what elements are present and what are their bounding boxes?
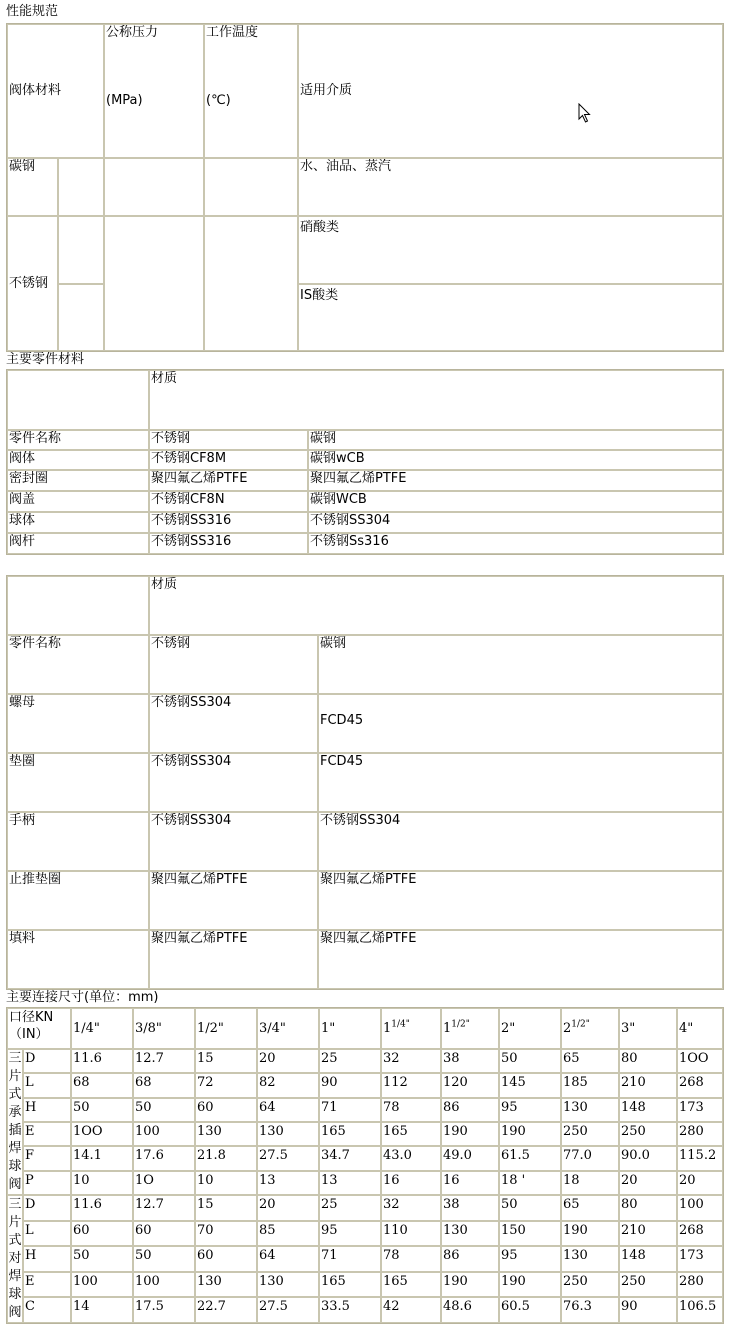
- cell-value: 38: [441, 1049, 499, 1073]
- header-temperature-unit: (℃): [206, 93, 297, 109]
- header-temperature-label: 工作温度: [206, 25, 297, 41]
- header-part-name: 零件名称: [7, 635, 149, 694]
- cell-value: 112: [381, 1073, 441, 1097]
- row-key: P: [23, 1171, 71, 1195]
- cell-value: 165: [381, 1272, 441, 1298]
- group-label-butt-weld: 三片式对焊球阀: [7, 1195, 23, 1323]
- cell-value: 50: [499, 1195, 561, 1221]
- cell-value: 11.6: [71, 1195, 133, 1221]
- cell-part-name: 垫圈: [7, 753, 149, 812]
- dimensions-header-row: 口径KN （IN） 1/4" 3/8" 1/2" 3/4" 1" 11/4" 1…: [7, 1008, 723, 1049]
- cell-carbon: 聚四氟乙烯PTFE: [318, 930, 723, 989]
- table-row: H 50 50 60 64 71 78 86 95 130 148 173: [7, 1246, 723, 1272]
- cell-value: 280: [677, 1272, 723, 1298]
- size-header: 3": [619, 1008, 677, 1049]
- cell-empty: [7, 370, 149, 430]
- cell-value: 61.5: [499, 1146, 561, 1170]
- table-row: 球体 不锈钢SS316 不锈钢SS304: [7, 512, 723, 533]
- cell-value: 190: [499, 1122, 561, 1146]
- parts-header-row: 材质: [7, 576, 723, 635]
- cell-part-name: 填料: [7, 930, 149, 989]
- cell-value: 210: [619, 1221, 677, 1247]
- cell-value: 64: [257, 1098, 319, 1122]
- header-pressure-label: 公称压力: [106, 25, 203, 41]
- cell-value: 80: [619, 1195, 677, 1221]
- table-row: 阀盖 不锈钢CF8N 碳钢WCB: [7, 491, 723, 512]
- cell-value: 25: [319, 1049, 381, 1073]
- cell-part-name: 螺母: [7, 694, 149, 753]
- parts-table-2: 材质 零件名称 不锈钢 碳钢 螺母 不锈钢SS304 FCD45 垫圈 不锈钢S…: [6, 575, 724, 990]
- cell-value: 12.7: [133, 1195, 195, 1221]
- cell-value: 250: [561, 1272, 619, 1298]
- cell-value: 14: [71, 1297, 133, 1323]
- table-row: 螺母 不锈钢SS304 FCD45: [7, 694, 723, 753]
- size-header: 1/4": [71, 1008, 133, 1049]
- cell-value: 90: [619, 1297, 677, 1323]
- table-row: F 14.1 17.6 21.8 27.5 34.7 43.0 49.0 61.…: [7, 1146, 723, 1170]
- cell-carbon: 聚四氟乙烯PTFE: [308, 470, 723, 491]
- cell-value: 65: [561, 1195, 619, 1221]
- cell-part-name: 密封圈: [7, 470, 149, 491]
- cell-value: 10: [71, 1171, 133, 1195]
- cell-value: 82: [257, 1073, 319, 1097]
- parts-table-1: 材质 零件名称 不锈钢 碳钢 阀体 不锈钢CF8M 碳钢wCB 密封圈 聚四氟乙…: [6, 369, 724, 555]
- size-header: 2": [499, 1008, 561, 1049]
- size-fraction: 1/2": [451, 1019, 470, 1029]
- cell-value: 130: [441, 1221, 499, 1247]
- dimensions-section-title: 主要连接尺寸(单位：mm): [6, 990, 158, 1005]
- table-row: P 10 1O 10 13 13 16 16 18 ' 18 20 20: [7, 1171, 723, 1195]
- cell-pressure: [104, 158, 204, 216]
- cell-value: 1OO: [677, 1049, 723, 1073]
- cell-media: IS酸类: [298, 284, 723, 351]
- cell-value: 33.5: [319, 1297, 381, 1323]
- table-row: 阀杆 不锈钢SS316 不锈钢Ss316: [7, 533, 723, 554]
- header-nominal-size-label: 口径KN: [9, 1009, 70, 1026]
- size-fraction: 1/2": [571, 1019, 590, 1029]
- cell-material: 不锈钢: [7, 216, 58, 351]
- cell-value: 130: [257, 1122, 319, 1146]
- cell-value: 16: [381, 1171, 441, 1195]
- cell-stainless: 不锈钢SS304: [149, 812, 318, 871]
- cell-value: 50: [71, 1246, 133, 1272]
- cell-value: 190: [561, 1221, 619, 1247]
- performance-section-title: 性能规范: [6, 4, 58, 19]
- cell-value: 10: [195, 1171, 257, 1195]
- cell-value: 20: [677, 1171, 723, 1195]
- cell-stainless: 不锈钢SS316: [149, 533, 308, 554]
- header-media: 适用介质: [298, 24, 723, 158]
- cell-value: 190: [441, 1122, 499, 1146]
- header-material: 材质: [149, 576, 723, 635]
- cell-value: 185: [561, 1073, 619, 1097]
- cell-value: 78: [381, 1098, 441, 1122]
- cell-value: 120: [441, 1073, 499, 1097]
- row-key: D: [23, 1195, 71, 1221]
- cell-value: 115.2: [677, 1146, 723, 1170]
- size-header: 3/4": [257, 1008, 319, 1049]
- cell-value: 27.5: [257, 1146, 319, 1170]
- size-header: 1": [319, 1008, 381, 1049]
- cell-value: 250: [561, 1122, 619, 1146]
- cell-value: 85: [257, 1221, 319, 1247]
- cell-value: 25: [319, 1195, 381, 1221]
- cell-value: 17.5: [133, 1297, 195, 1323]
- row-key: D: [23, 1049, 71, 1073]
- cell-value: 100: [133, 1122, 195, 1146]
- cell-value: 18 ': [499, 1171, 561, 1195]
- cell-value: 190: [441, 1272, 499, 1298]
- cell-value: 173: [677, 1246, 723, 1272]
- cell-value: 22.7: [195, 1297, 257, 1323]
- size-header: 3/8": [133, 1008, 195, 1049]
- header-nominal-size-unit: （IN）: [9, 1026, 70, 1043]
- cell-value: 71: [319, 1098, 381, 1122]
- cell-value: 43.0: [381, 1146, 441, 1170]
- cell-value: 90: [319, 1073, 381, 1097]
- cell-value: 11.6: [71, 1049, 133, 1073]
- dimensions-table: 口径KN （IN） 1/4" 3/8" 1/2" 3/4" 1" 11/4" 1…: [6, 1007, 724, 1324]
- cell-value: 38: [441, 1195, 499, 1221]
- table-row: E 1OO 100 130 130 165 165 190 190 250 25…: [7, 1122, 723, 1146]
- cell-value: 1OO: [71, 1122, 133, 1146]
- table-row: C 14 17.5 22.7 27.5 33.5 42 48.6 60.5 76…: [7, 1297, 723, 1323]
- cell-value: 130: [195, 1272, 257, 1298]
- cell-value: 190: [499, 1272, 561, 1298]
- cell-stainless: 不锈钢SS304: [149, 694, 318, 753]
- row-key: H: [23, 1098, 71, 1122]
- cell-value: 32: [381, 1049, 441, 1073]
- cell-value: 70: [195, 1221, 257, 1247]
- size-header: 11/4": [381, 1008, 441, 1049]
- cell-value: 130: [195, 1122, 257, 1146]
- mouse-cursor-icon: [578, 103, 592, 125]
- cell-value: 76.3: [561, 1297, 619, 1323]
- table-row: 阀体 不锈钢CF8M 碳钢wCB: [7, 450, 723, 470]
- parts-section-title: 主要零件材料: [6, 352, 84, 367]
- cell-carbon: 碳钢WCB: [308, 491, 723, 512]
- cell-value: 16: [441, 1171, 499, 1195]
- cell-value: 21.8: [195, 1146, 257, 1170]
- cell-value: 50: [71, 1098, 133, 1122]
- row-key: C: [23, 1297, 71, 1323]
- cell-carbon: 不锈钢SS304: [308, 512, 723, 533]
- cell-value: 60: [195, 1098, 257, 1122]
- cell-value: 60: [71, 1221, 133, 1247]
- cell-value: 1O: [133, 1171, 195, 1195]
- cell-value: 20: [257, 1049, 319, 1073]
- cell-value: 32: [381, 1195, 441, 1221]
- cell-value: 64: [257, 1246, 319, 1272]
- cell-stainless: 不锈钢CF8N: [149, 491, 308, 512]
- header-stainless: 不锈钢: [149, 430, 308, 450]
- cell-value: 60: [195, 1246, 257, 1272]
- cell-value: 72: [195, 1073, 257, 1097]
- cell-carbon: 碳钢wCB: [308, 450, 723, 470]
- row-key: E: [23, 1122, 71, 1146]
- performance-row-carbon-steel: 碳钢 水、油品、蒸汽: [7, 158, 723, 216]
- group-label-socket-weld: 三片式承插焊球阀: [7, 1049, 23, 1195]
- header-stainless: 不锈钢: [149, 635, 318, 694]
- header-pressure-unit: (MPa): [106, 93, 203, 109]
- size-fraction: 1/4": [391, 1019, 410, 1029]
- cell-value: 100: [677, 1195, 723, 1221]
- cell-value: 86: [441, 1098, 499, 1122]
- cell-media: 水、油品、蒸汽: [298, 158, 723, 216]
- cell-value: 250: [619, 1122, 677, 1146]
- cell-temperature: [204, 216, 298, 351]
- cell-value: 148: [619, 1098, 677, 1122]
- performance-row-stainless-a: 不锈钢 硝酸类: [7, 216, 723, 284]
- cell-value: 13: [319, 1171, 381, 1195]
- cell-value: 268: [677, 1221, 723, 1247]
- performance-table: 阀体材料 公称压力 (MPa) 工作温度 (℃) 适用介质 碳钢 水、油品、蒸汽…: [6, 23, 724, 352]
- header-carbon: 碳钢: [308, 430, 723, 450]
- cell-value: 100: [133, 1272, 195, 1298]
- cell-value: 130: [561, 1246, 619, 1272]
- cell-value: 268: [677, 1073, 723, 1097]
- cell-value: 13: [257, 1171, 319, 1195]
- header-part-name: 零件名称: [7, 430, 149, 450]
- cell-value: 165: [381, 1122, 441, 1146]
- header-temperature: 工作温度 (℃): [204, 24, 298, 158]
- table-row: 三片式承插焊球阀 D 11.6 12.7 15 20 25 32 38 50 6…: [7, 1049, 723, 1073]
- table-row: 垫圈 不锈钢SS304 FCD45: [7, 753, 723, 812]
- parts-subheader-row: 零件名称 不锈钢 碳钢: [7, 635, 723, 694]
- parts-subheader-row: 零件名称 不锈钢 碳钢: [7, 430, 723, 450]
- table-row: 密封圈 聚四氟乙烯PTFE 聚四氟乙烯PTFE: [7, 470, 723, 491]
- cell-part-name: 球体: [7, 512, 149, 533]
- cell-value: 48.6: [441, 1297, 499, 1323]
- cell-value: 15: [195, 1195, 257, 1221]
- cell-value: 80: [619, 1049, 677, 1073]
- cell-value: 95: [319, 1221, 381, 1247]
- cell-value: 68: [133, 1073, 195, 1097]
- cell-value: 77.0: [561, 1146, 619, 1170]
- performance-header-row: 阀体材料 公称压力 (MPa) 工作温度 (℃) 适用介质: [7, 24, 723, 158]
- cell-pressure: [104, 216, 204, 351]
- size-header: 1/2": [195, 1008, 257, 1049]
- cell-value: 210: [619, 1073, 677, 1097]
- table-row: L 60 60 70 85 95 110 130 150 190 210 268: [7, 1221, 723, 1247]
- cell-part-name: 阀体: [7, 450, 149, 470]
- table-row: L 68 68 72 82 90 112 120 145 185 210 268: [7, 1073, 723, 1097]
- cell-value: 15: [195, 1049, 257, 1073]
- cell-part-name: 手柄: [7, 812, 149, 871]
- table-row: 手柄 不锈钢SS304 不锈钢SS304: [7, 812, 723, 871]
- cell-material: 碳钢: [7, 158, 58, 216]
- table-row: 三片式对焊球阀 D 11.6 12.7 15 20 25 32 38 50 65…: [7, 1195, 723, 1221]
- cell-value: 60: [133, 1221, 195, 1247]
- cell-part-name: 阀盖: [7, 491, 149, 512]
- row-key: L: [23, 1073, 71, 1097]
- cell-value: 65: [561, 1049, 619, 1073]
- cell-value: 68: [71, 1073, 133, 1097]
- cell-media: 硝酸类: [298, 216, 723, 284]
- cell-value: 34.7: [319, 1146, 381, 1170]
- cell-value: 95: [499, 1246, 561, 1272]
- cell-value: 18: [561, 1171, 619, 1195]
- cell-value: 280: [677, 1122, 723, 1146]
- size-header: 21/2": [561, 1008, 619, 1049]
- cell-value: 148: [619, 1246, 677, 1272]
- table-row: 填料 聚四氟乙烯PTFE 聚四氟乙烯PTFE: [7, 930, 723, 989]
- row-key: L: [23, 1221, 71, 1247]
- cell-stainless: 不锈钢CF8M: [149, 450, 308, 470]
- cell-value: 50: [133, 1246, 195, 1272]
- header-valve-material: 阀体材料: [7, 24, 104, 158]
- cell-carbon: FCD45: [318, 694, 723, 753]
- row-key: E: [23, 1272, 71, 1298]
- cell-value: 165: [319, 1272, 381, 1298]
- cell-value: 90.0: [619, 1146, 677, 1170]
- row-key: H: [23, 1246, 71, 1272]
- cell-value: 42: [381, 1297, 441, 1323]
- cell-value: 12.7: [133, 1049, 195, 1073]
- cell-value: 145: [499, 1073, 561, 1097]
- header-nominal-size: 口径KN （IN）: [7, 1008, 71, 1049]
- cell-stainless: 不锈钢SS316: [149, 512, 308, 533]
- cell-empty: [58, 158, 104, 216]
- cell-stainless: 聚四氟乙烯PTFE: [149, 871, 318, 930]
- table-row: H 50 50 60 64 71 78 86 95 130 148 173: [7, 1098, 723, 1122]
- table-row: 止推垫圈 聚四氟乙烯PTFE 聚四氟乙烯PTFE: [7, 871, 723, 930]
- header-carbon: 碳钢: [318, 635, 723, 694]
- cell-value: 20: [257, 1195, 319, 1221]
- cell-stainless: 聚四氟乙烯PTFE: [149, 470, 308, 491]
- cell-value: 100: [71, 1272, 133, 1298]
- size-header: 4": [677, 1008, 723, 1049]
- cell-carbon: FCD45: [318, 753, 723, 812]
- cell-value: 60.5: [499, 1297, 561, 1323]
- cell-value: 50: [133, 1098, 195, 1122]
- cell-value: 20: [619, 1171, 677, 1195]
- cell-part-name: 阀杆: [7, 533, 149, 554]
- cell-value: 130: [561, 1098, 619, 1122]
- cell-stainless: 聚四氟乙烯PTFE: [149, 930, 318, 989]
- cell-value: 50: [499, 1049, 561, 1073]
- cell-stainless: 不锈钢SS304: [149, 753, 318, 812]
- cell-temperature: [204, 158, 298, 216]
- cell-carbon: 不锈钢Ss316: [308, 533, 723, 554]
- cell-value: 86: [441, 1246, 499, 1272]
- cell-value: 27.5: [257, 1297, 319, 1323]
- cell-value: 49.0: [441, 1146, 499, 1170]
- cell-value: 110: [381, 1221, 441, 1247]
- cell-part-name: 止推垫圈: [7, 871, 149, 930]
- cell-value: 250: [619, 1272, 677, 1298]
- cell-value: 95: [499, 1098, 561, 1122]
- cell-value: 173: [677, 1098, 723, 1122]
- cell-value: 71: [319, 1246, 381, 1272]
- cell-empty: [58, 284, 104, 351]
- cell-value: 150: [499, 1221, 561, 1247]
- cell-value: 14.1: [71, 1146, 133, 1170]
- cell-value: 17.6: [133, 1146, 195, 1170]
- cell-value: 130: [257, 1272, 319, 1298]
- cell-empty: [7, 576, 149, 635]
- parts-header-row: 材质: [7, 370, 723, 430]
- header-pressure: 公称压力 (MPa): [104, 24, 204, 158]
- header-material: 材质: [149, 370, 723, 430]
- table-row: E 100 100 130 130 165 165 190 190 250 25…: [7, 1272, 723, 1298]
- cell-empty: [58, 216, 104, 284]
- row-key: F: [23, 1146, 71, 1170]
- cell-value: 78: [381, 1246, 441, 1272]
- cell-value: 106.5: [677, 1297, 723, 1323]
- cell-carbon: 聚四氟乙烯PTFE: [318, 871, 723, 930]
- cell-value: 165: [319, 1122, 381, 1146]
- size-header: 11/2": [441, 1008, 499, 1049]
- cell-carbon: 不锈钢SS304: [318, 812, 723, 871]
